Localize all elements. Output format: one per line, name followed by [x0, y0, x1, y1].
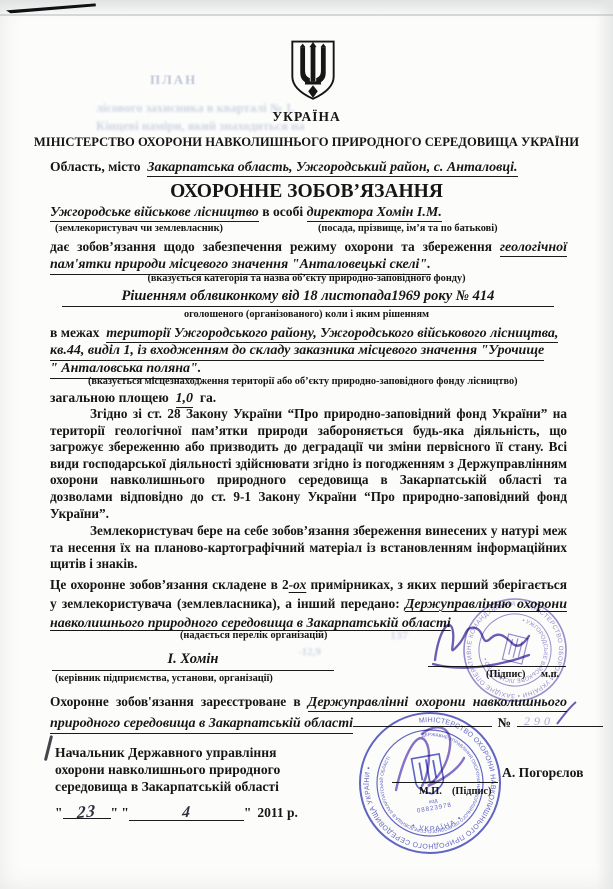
obligor-connector: в особі — [262, 204, 303, 219]
registration-number-label: № — [498, 715, 511, 731]
location-value: Закарпатська область, Ужгородський район… — [147, 160, 517, 177]
territory-value1: території Ужгородського району, Ужгородс… — [106, 326, 558, 343]
ministry-stamp-code-value: 08823978 — [416, 802, 452, 815]
date-line: " 23 " " 4 " 2011 р. — [55, 802, 298, 821]
registration-line2: природного середовища в Закарпатській об… — [50, 711, 603, 734]
official-signature-stroke — [378, 712, 483, 802]
territory-caption: (вказується місцезнаходження території а… — [88, 376, 518, 387]
registration-pen-slash — [553, 700, 579, 726]
area-label: загальною площею — [50, 390, 169, 405]
object-lead-line: дає зобов’язання щодо забезпечення режим… — [50, 239, 567, 256]
official-position-line2: охорони навколишнього природного — [55, 762, 280, 778]
date-month-handwritten: 4 — [181, 803, 191, 822]
country-title: УКРАЇНА — [0, 109, 613, 125]
registration-lead: Охоронне зобов'язання зареєстроване в — [50, 694, 301, 709]
scan-edge-shadow — [597, 0, 613, 889]
bleedthrough-title: ПЛАН — [150, 72, 197, 88]
object-lead: дає зобов’язання щодо забезпечення режим… — [50, 239, 492, 254]
ministry-title: МІНІСТЕРСТВО ОХОРОНИ НАВКОЛИШНЬОГО ПРИРО… — [0, 135, 613, 150]
registration-org2: природного середовища в Закарпатській об… — [50, 716, 353, 734]
trident-emblem-icon — [289, 40, 337, 102]
paragraph-landuser: Землекористувач бере на себе зобов’язанн… — [50, 523, 567, 573]
obligor-name: Ужгородське військове лісництво — [50, 205, 259, 222]
territory-line1: в межах території Ужгородського району, … — [50, 325, 558, 342]
territory-lead: в межах — [50, 325, 99, 340]
copies-caption: (надається перелік організацій) — [180, 630, 327, 641]
area-unit: га. — [200, 390, 216, 405]
date-quote: " — [244, 805, 252, 821]
obligor-caption-right: (посада, прізвище, ім’я та по батькові) — [318, 223, 498, 234]
director-caption: (керівник підприємства, установи, органі… — [55, 673, 273, 684]
date-day-blank: 23 — [63, 802, 111, 819]
obligor-caption-left: (землекористувач чи землевласник) — [55, 223, 223, 234]
date-month-blank: 4 — [129, 804, 244, 821]
scanned-document: ПЛАН лісового захисника в кварталі № 1. … — [0, 0, 613, 889]
object-category: геологічної — [500, 240, 567, 257]
pen-mark-top-left — [6, 3, 96, 13]
document-title: ОХОРОННЕ ЗОБОВ’ЯЗАННЯ — [0, 181, 613, 203]
copies-lead: Це охоронне зобов’язання складене в 2 — [50, 577, 289, 592]
svg-text:• УКРАЇНА •: • УКРАЇНА • — [409, 812, 465, 837]
official-name: А. Погорєлов — [502, 765, 583, 781]
date-year: 2011 р. — [257, 805, 298, 821]
pen-mark-left — [44, 735, 53, 761]
date-quote: " — [55, 805, 63, 821]
decision-caption: оголошеного (організованого) коли і яким… — [0, 309, 613, 320]
territory-line2: кв.44, виділ 1, із входженням до складу … — [50, 343, 544, 361]
director-signature-stroke — [425, 598, 537, 680]
decision-line: Рішенням облвиконкому від 18 листопада19… — [62, 288, 554, 307]
director-name: І. Хомін — [52, 651, 334, 671]
paragraph-law: Згідно зі ст. 28 Закону України “Про при… — [50, 406, 567, 522]
official-position-line3: середовища в Закарпатській області — [55, 779, 279, 795]
date-day-handwritten: 23 — [77, 801, 97, 824]
location-label: Область, місто — [50, 159, 141, 174]
copies-suffix: -ох — [289, 577, 307, 592]
object-caption: (вказується категорія та назва об’єкту п… — [0, 273, 613, 284]
scan-crease-line — [0, 14, 613, 16]
registration-number-value: 290 — [524, 714, 554, 729]
obligor-line: Ужгородське військове лісництво в особі … — [50, 204, 442, 221]
area-line: загальною площею 1,0 га. — [50, 390, 216, 407]
date-quote: " " — [111, 805, 129, 821]
official-position-line1: Начальник Державного управління — [55, 745, 276, 761]
obligor-person: директора Хомін І.М. — [307, 205, 442, 222]
location-line: Область, місто Закарпатська область, Ужг… — [50, 159, 518, 176]
ministry-stamp-bottom-text: • УКРАЇНА • — [409, 812, 465, 837]
